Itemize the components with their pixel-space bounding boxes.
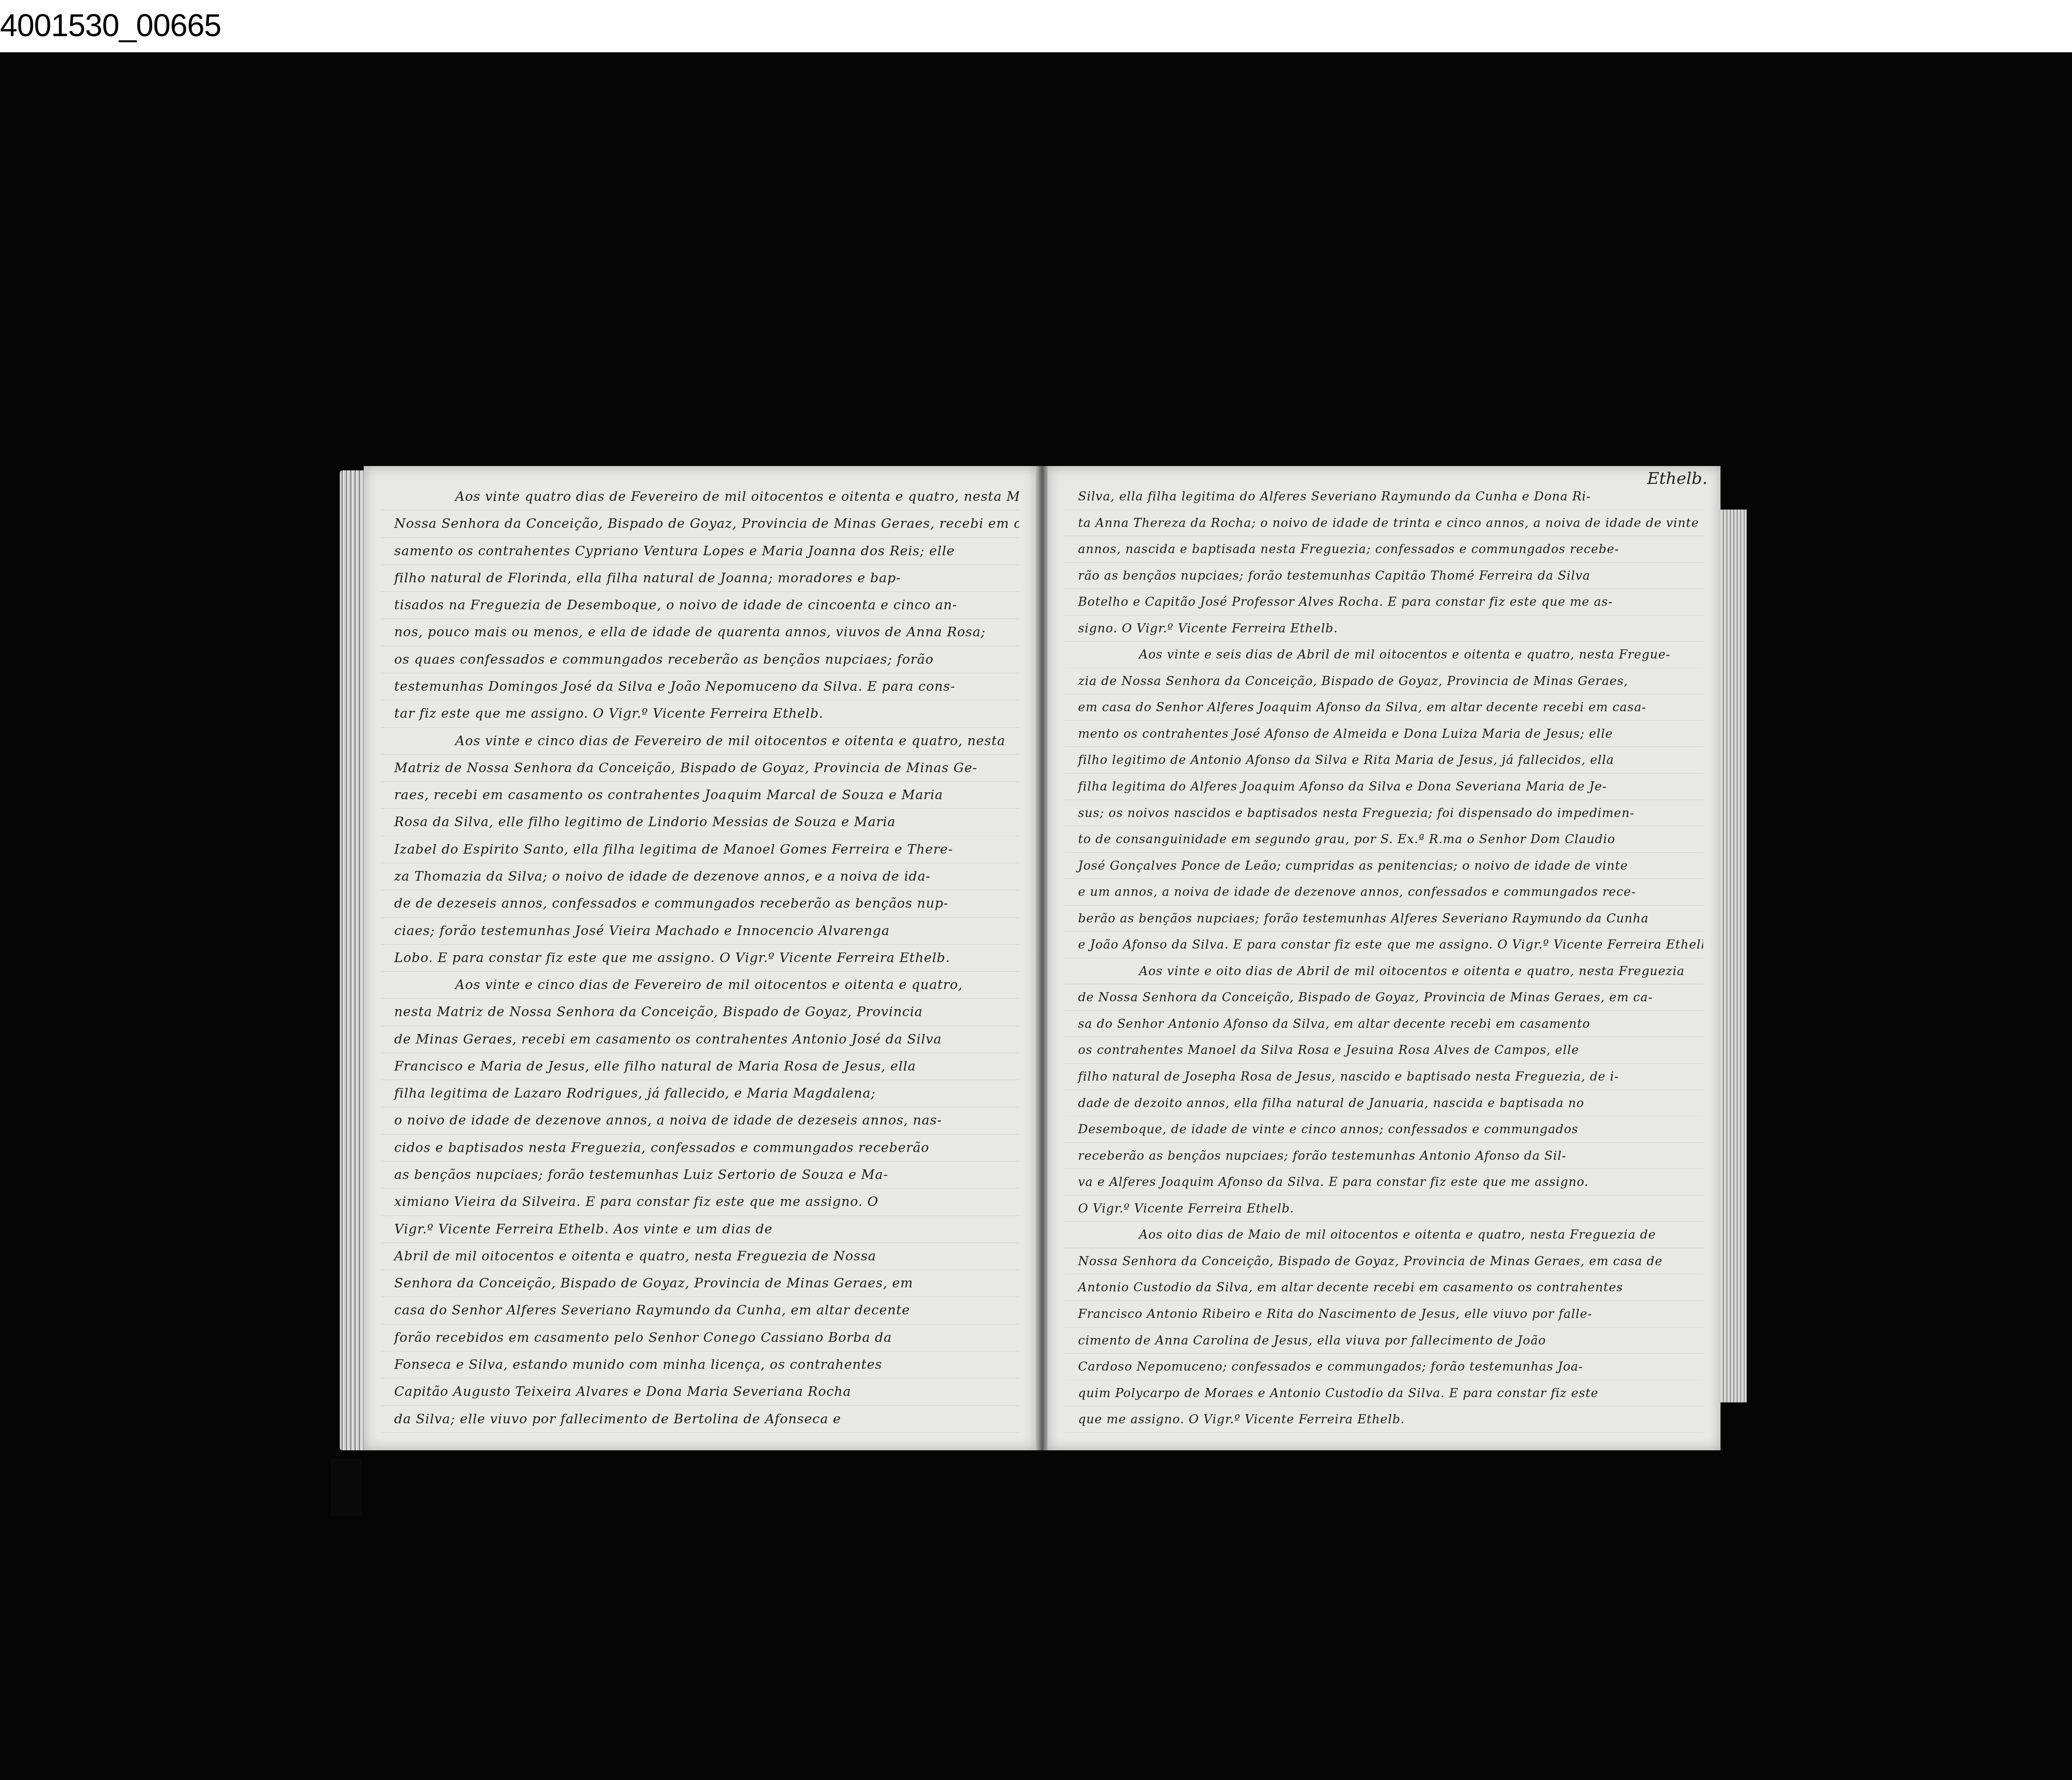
handwritten-line: Cardoso Nepomuceno; confessados e commun… bbox=[1065, 1354, 1703, 1380]
handwritten-line: Francisco Antonio Ribeiro e Rita do Nasc… bbox=[1065, 1301, 1703, 1327]
handwritten-line: Aos vinte e cinco dias de Fevereiro de m… bbox=[381, 972, 1019, 999]
handwritten-line: filho legitimo de Antonio Afonso da Silv… bbox=[1065, 747, 1703, 773]
handwritten-line: Izabel do Espirito Santo, ella filha leg… bbox=[381, 836, 1019, 863]
header-band: 4001530_00665 bbox=[0, 0, 2072, 52]
handwritten-line: Abril de mil oitocentos e oitenta e quat… bbox=[381, 1243, 1019, 1270]
handwritten-line: Nossa Senhora da Conceição, Bispado de G… bbox=[1065, 1248, 1703, 1275]
handwritten-line: sus; os noivos nascidos e baptisados nes… bbox=[1065, 800, 1703, 827]
handwritten-line: Aos vinte quatro dias de Fevereiro de mi… bbox=[381, 483, 1019, 510]
left-page: Aos vinte quatro dias de Fevereiro de mi… bbox=[364, 466, 1037, 1450]
handwritten-line: annos, nascida e baptisada nesta Freguez… bbox=[1065, 536, 1703, 563]
handwritten-line: Silva, ella filha legitima do Alferes Se… bbox=[1065, 483, 1703, 510]
page-stack-right bbox=[1720, 510, 1747, 1402]
handwritten-line: Senhora da Conceição, Bispado de Goyaz, … bbox=[381, 1270, 1019, 1297]
handwritten-line: Capitão Augusto Teixeira Alvares e Dona … bbox=[381, 1378, 1019, 1405]
handwritten-line: rão as bençãos nupciaes; forão testemunh… bbox=[1065, 563, 1703, 589]
handwritten-line: Nossa Senhora da Conceição, Bispado de G… bbox=[381, 510, 1019, 537]
handwritten-line: de Nossa Senhora da Conceição, Bispado d… bbox=[1065, 984, 1703, 1011]
handwritten-line: cimento de Anna Carolina de Jesus, ella … bbox=[1065, 1327, 1703, 1354]
handwritten-line: e um annos, a noiva de idade de dezenove… bbox=[1065, 879, 1703, 905]
right-page: Ethelb. Silva, ella filha legitima do Al… bbox=[1048, 466, 1720, 1450]
open-register-book: Aos vinte quatro dias de Fevereiro de mi… bbox=[340, 462, 1764, 1463]
handwritten-line: receberão as bençãos nupciaes; forão tes… bbox=[1065, 1143, 1703, 1169]
handwritten-line: ta Anna Thereza da Rocha; o noivo de ida… bbox=[1065, 510, 1703, 537]
handwritten-line: o noivo de idade de dezenove annos, a no… bbox=[381, 1107, 1019, 1134]
handwritten-line: mento os contrahentes José Afonso de Alm… bbox=[1065, 721, 1703, 747]
handwritten-line: ximiano Vieira da Silveira. E para const… bbox=[381, 1189, 1019, 1216]
handwritten-line: nos, pouco mais ou menos, e ella de idad… bbox=[381, 619, 1019, 646]
handwritten-line: as bençãos nupciaes; forão testemunhas L… bbox=[381, 1162, 1019, 1189]
handwritten-line: filha legitima de Lazaro Rodrigues, já f… bbox=[381, 1080, 1019, 1107]
handwritten-line: de Minas Geraes, recebi em casamento os … bbox=[381, 1026, 1019, 1053]
handwritten-line: casa do Senhor Alferes Severiano Raymund… bbox=[381, 1297, 1019, 1324]
handwritten-line: Aos vinte e seis dias de Abril de mil oi… bbox=[1065, 642, 1703, 668]
right-page-text: Silva, ella filha legitima do Alferes Se… bbox=[1065, 483, 1703, 1433]
handwritten-line: berão as bençãos nupciaes; forão testemu… bbox=[1065, 905, 1703, 932]
handwritten-line: Vigr.º Vicente Ferreira Ethelb. Aos vint… bbox=[381, 1216, 1019, 1243]
handwritten-line: samento os contrahentes Cypriano Ventura… bbox=[381, 538, 1019, 565]
handwritten-line: em casa do Senhor Alferes Joaquim Afonso… bbox=[1065, 694, 1703, 721]
handwritten-line: testemunhas Domingos José da Silva e Joã… bbox=[381, 673, 1019, 700]
handwritten-line: filho natural de Josepha Rosa de Jesus, … bbox=[1065, 1064, 1703, 1090]
handwritten-line: Rosa da Silva, elle filho legitimo de Li… bbox=[381, 809, 1019, 836]
handwritten-line: Francisco e Maria de Jesus, elle filho n… bbox=[381, 1053, 1019, 1080]
handwritten-line: os quaes confessados e commungados receb… bbox=[381, 646, 1019, 673]
handwritten-line: Aos vinte e oito dias de Abril de mil oi… bbox=[1065, 958, 1703, 985]
handwritten-line: va e Alferes Joaquim Afonso da Silva. E … bbox=[1065, 1169, 1703, 1196]
handwritten-line: filho natural de Florinda, ella filha na… bbox=[381, 565, 1019, 592]
tab-marker bbox=[331, 1459, 362, 1516]
handwritten-line: quim Polycarpo de Moraes e Antonio Custo… bbox=[1065, 1380, 1703, 1407]
handwritten-line: tar fiz este que me assigno. O Vigr.º Vi… bbox=[381, 700, 1019, 727]
handwritten-line: Matriz de Nossa Senhora da Conceição, Bi… bbox=[381, 755, 1019, 782]
book-gutter bbox=[1036, 466, 1049, 1450]
handwritten-line: Botelho e Capitão José Professor Alves R… bbox=[1065, 589, 1703, 615]
handwritten-line: cidos e baptisados nesta Freguezia, conf… bbox=[381, 1135, 1019, 1162]
handwritten-line: signo. O Vigr.º Vicente Ferreira Ethelb. bbox=[1065, 615, 1703, 642]
handwritten-line: José Gonçalves Ponce de Leão; cumpridas … bbox=[1065, 853, 1703, 879]
handwritten-line: zia de Nossa Senhora da Conceição, Bispa… bbox=[1065, 668, 1703, 695]
handwritten-line: da Silva; elle viuvo por fallecimento de… bbox=[381, 1406, 1019, 1433]
handwritten-line: e João Afonso da Silva. E para constar f… bbox=[1065, 932, 1703, 958]
handwritten-line: Antonio Custodio da Silva, em altar dece… bbox=[1065, 1274, 1703, 1301]
handwritten-line: Aos oito dias de Maio de mil oitocentos … bbox=[1065, 1222, 1703, 1248]
image-id-label: 4001530_00665 bbox=[0, 6, 221, 45]
handwritten-line: to de consanguinidade em segundo grau, p… bbox=[1065, 826, 1703, 853]
handwritten-line: raes, recebi em casamento os contrahente… bbox=[381, 782, 1019, 809]
handwritten-line: forão recebidos em casamento pelo Senhor… bbox=[381, 1324, 1019, 1351]
handwritten-line: de de dezeseis annos, confessados e comm… bbox=[381, 890, 1019, 917]
handwritten-line: Aos vinte e cinco dias de Fevereiro de m… bbox=[381, 728, 1019, 755]
left-page-text: Aos vinte quatro dias de Fevereiro de mi… bbox=[381, 483, 1019, 1433]
handwritten-line: Fonseca e Silva, estando munido com minh… bbox=[381, 1351, 1019, 1378]
page-stack-left bbox=[340, 470, 366, 1450]
handwritten-line: za Thomazia da Silva; o noivo de idade d… bbox=[381, 863, 1019, 890]
handwritten-line: que me assigno. O Vigr.º Vicente Ferreir… bbox=[1065, 1406, 1703, 1433]
handwritten-line: Lobo. E para constar fiz este que me ass… bbox=[381, 945, 1019, 972]
handwritten-line: tisados na Freguezia de Desemboque, o no… bbox=[381, 592, 1019, 619]
handwritten-line: os contrahentes Manoel da Silva Rosa e J… bbox=[1065, 1037, 1703, 1064]
handwritten-line: filha legitima do Alferes Joaquim Afonso… bbox=[1065, 773, 1703, 800]
handwritten-line: dade de dezoito annos, ella filha natura… bbox=[1065, 1090, 1703, 1117]
handwritten-line: Desemboque, de idade de vinte e cinco an… bbox=[1065, 1116, 1703, 1143]
handwritten-line: O Vigr.º Vicente Ferreira Ethelb. bbox=[1065, 1196, 1703, 1222]
handwritten-line: nesta Matriz de Nossa Senhora da Conceiç… bbox=[381, 999, 1019, 1026]
handwritten-line: ciaes; forão testemunhas José Vieira Mac… bbox=[381, 918, 1019, 945]
handwritten-line: sa do Senhor Antonio Afonso da Silva, em… bbox=[1065, 1011, 1703, 1037]
